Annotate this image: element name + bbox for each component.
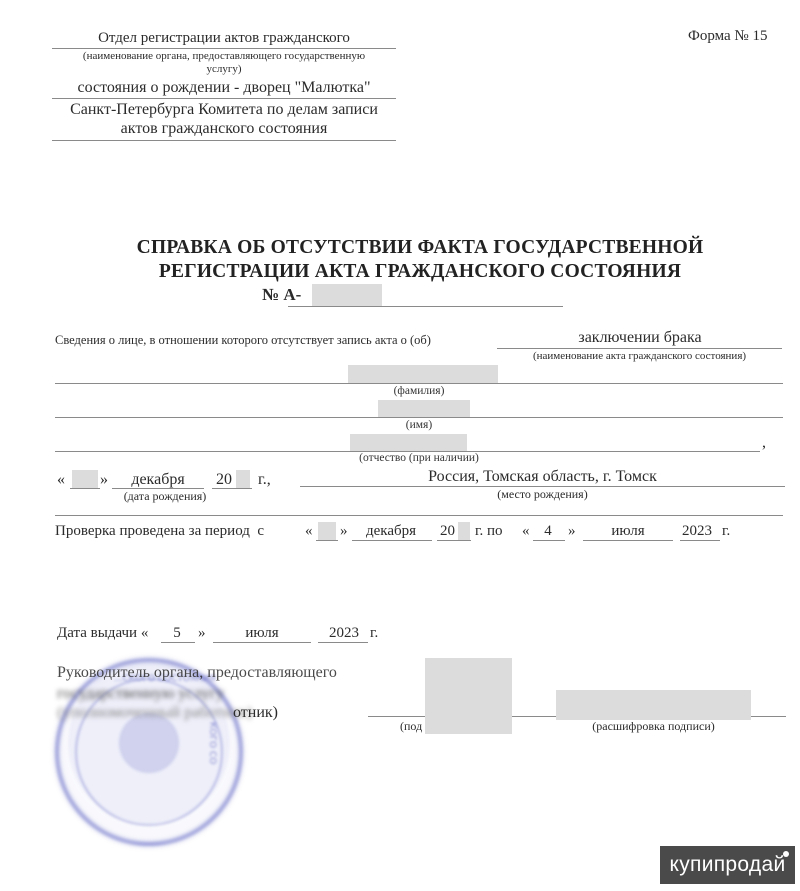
issue-year-unit: г.	[370, 625, 378, 642]
org-line-1: Отдел регистрации актов гражданского	[52, 30, 396, 47]
from-month: декабря	[352, 523, 430, 540]
from-year-underline	[437, 540, 471, 541]
from-month-underline	[352, 540, 432, 541]
official-title-line-2: государственную услугу	[57, 685, 224, 703]
to-day-underline	[533, 540, 565, 541]
divider	[52, 48, 396, 49]
issue-close-quote: »	[198, 625, 206, 642]
watermark-dot-icon	[783, 851, 789, 857]
to-day: 4	[533, 523, 563, 540]
from-close-quote: »	[340, 523, 348, 540]
name-redacted	[378, 400, 470, 417]
to-year: 2023	[682, 523, 712, 540]
divider	[52, 140, 396, 141]
act-type-caption: (наименование акта гражданского состояни…	[497, 350, 782, 362]
birth-day-close-quote: »	[100, 471, 108, 489]
stamp-text-side: КОГО СО	[207, 722, 217, 764]
org-caption-line-1: (наименование органа, предоставляющего г…	[83, 50, 365, 62]
birth-date-caption: (дата рождения)	[100, 489, 230, 504]
watermark-logo: купипродай	[660, 846, 795, 884]
certificate-number-underline	[288, 306, 563, 307]
act-type-underline	[497, 348, 782, 349]
from-open-quote: «	[305, 523, 313, 540]
org-caption: (наименование органа, предоставляющего г…	[52, 50, 396, 76]
to-month: июля	[583, 523, 673, 540]
official-title-line-3-blurred: (уполномоченный работник)	[57, 704, 252, 722]
birth-month: декабря	[112, 471, 204, 489]
birth-day-redacted	[72, 470, 98, 488]
surname-redacted	[348, 365, 498, 383]
issue-day-underline	[161, 642, 195, 643]
issue-day: 5	[161, 625, 193, 642]
patronymic-caption: (отчество (при наличии)	[55, 452, 783, 464]
issue-year-underline	[318, 642, 368, 643]
from-day-underline	[316, 540, 338, 541]
signature-decryption-redacted	[556, 690, 751, 720]
person-info-intro: Сведения о лице, в отношении которого от…	[55, 333, 431, 348]
decryption-caption: (расшифровка подписи)	[556, 719, 751, 734]
patronymic-redacted	[350, 434, 467, 451]
issue-year: 2023	[318, 625, 370, 642]
divider	[55, 515, 783, 516]
issue-month: июля	[213, 625, 311, 642]
official-title-line-3-visible: отник)	[233, 704, 278, 722]
patronymic-comma: ,	[762, 434, 766, 452]
certificate-number-redacted	[312, 284, 382, 306]
official-title-line-1: Руководитель органа, предоставляющего	[57, 664, 337, 682]
to-year-unit: г.	[722, 523, 730, 540]
birth-year-prefix: 20	[216, 471, 232, 489]
from-day-redacted	[318, 522, 336, 540]
birth-day-underline	[70, 488, 100, 489]
from-year-prefix: 20	[440, 523, 455, 540]
document-title-line-2: РЕГИСТРАЦИИ АКТА ГРАЖДАНСКОГО СОСТОЯНИЯ	[100, 260, 740, 284]
divider	[52, 98, 396, 99]
birth-place: Россия, Томская область, г. Томск	[300, 468, 785, 486]
act-type-value: заключении брака	[500, 329, 780, 347]
from-year-unit: г. по	[475, 523, 503, 540]
birth-day-open-quote: «	[57, 471, 65, 489]
org-caption-line-2: услугу)	[206, 63, 241, 75]
from-year-redacted	[458, 522, 470, 540]
surname-caption: (фамилия)	[55, 385, 783, 397]
to-close-quote: »	[568, 523, 576, 540]
org-line-3: Санкт-Петербурга Комитета по делам запис…	[52, 101, 396, 119]
name-caption: (имя)	[55, 419, 783, 431]
to-month-underline	[583, 540, 673, 541]
birth-year-redacted	[236, 470, 250, 488]
document-title-line-1: СПРАВКА ОБ ОТСУТСТВИИ ФАКТА ГОСУДАРСТВЕН…	[100, 236, 740, 260]
org-line-2: состояния о рождении - дворец "Малютка"	[52, 79, 396, 97]
issue-month-underline	[213, 642, 311, 643]
org-line-4: актов гражданского состояния	[52, 120, 396, 138]
signature-redacted	[425, 658, 512, 734]
name-underline	[55, 417, 783, 418]
birth-year-unit: г.,	[258, 471, 271, 489]
signature-caption: (под	[400, 719, 422, 734]
birth-place-caption: (место рождения)	[300, 487, 785, 502]
check-period-label: Проверка проведена за период с	[55, 523, 264, 540]
to-year-underline	[680, 540, 720, 541]
certificate-number-label: № А-	[262, 285, 301, 305]
watermark-brand: купипродай	[670, 853, 786, 876]
surname-underline	[55, 383, 783, 384]
to-open-quote: «	[522, 523, 530, 540]
issue-date-label: Дата выдачи «	[57, 625, 148, 642]
form-number: Форма № 15	[688, 28, 767, 45]
